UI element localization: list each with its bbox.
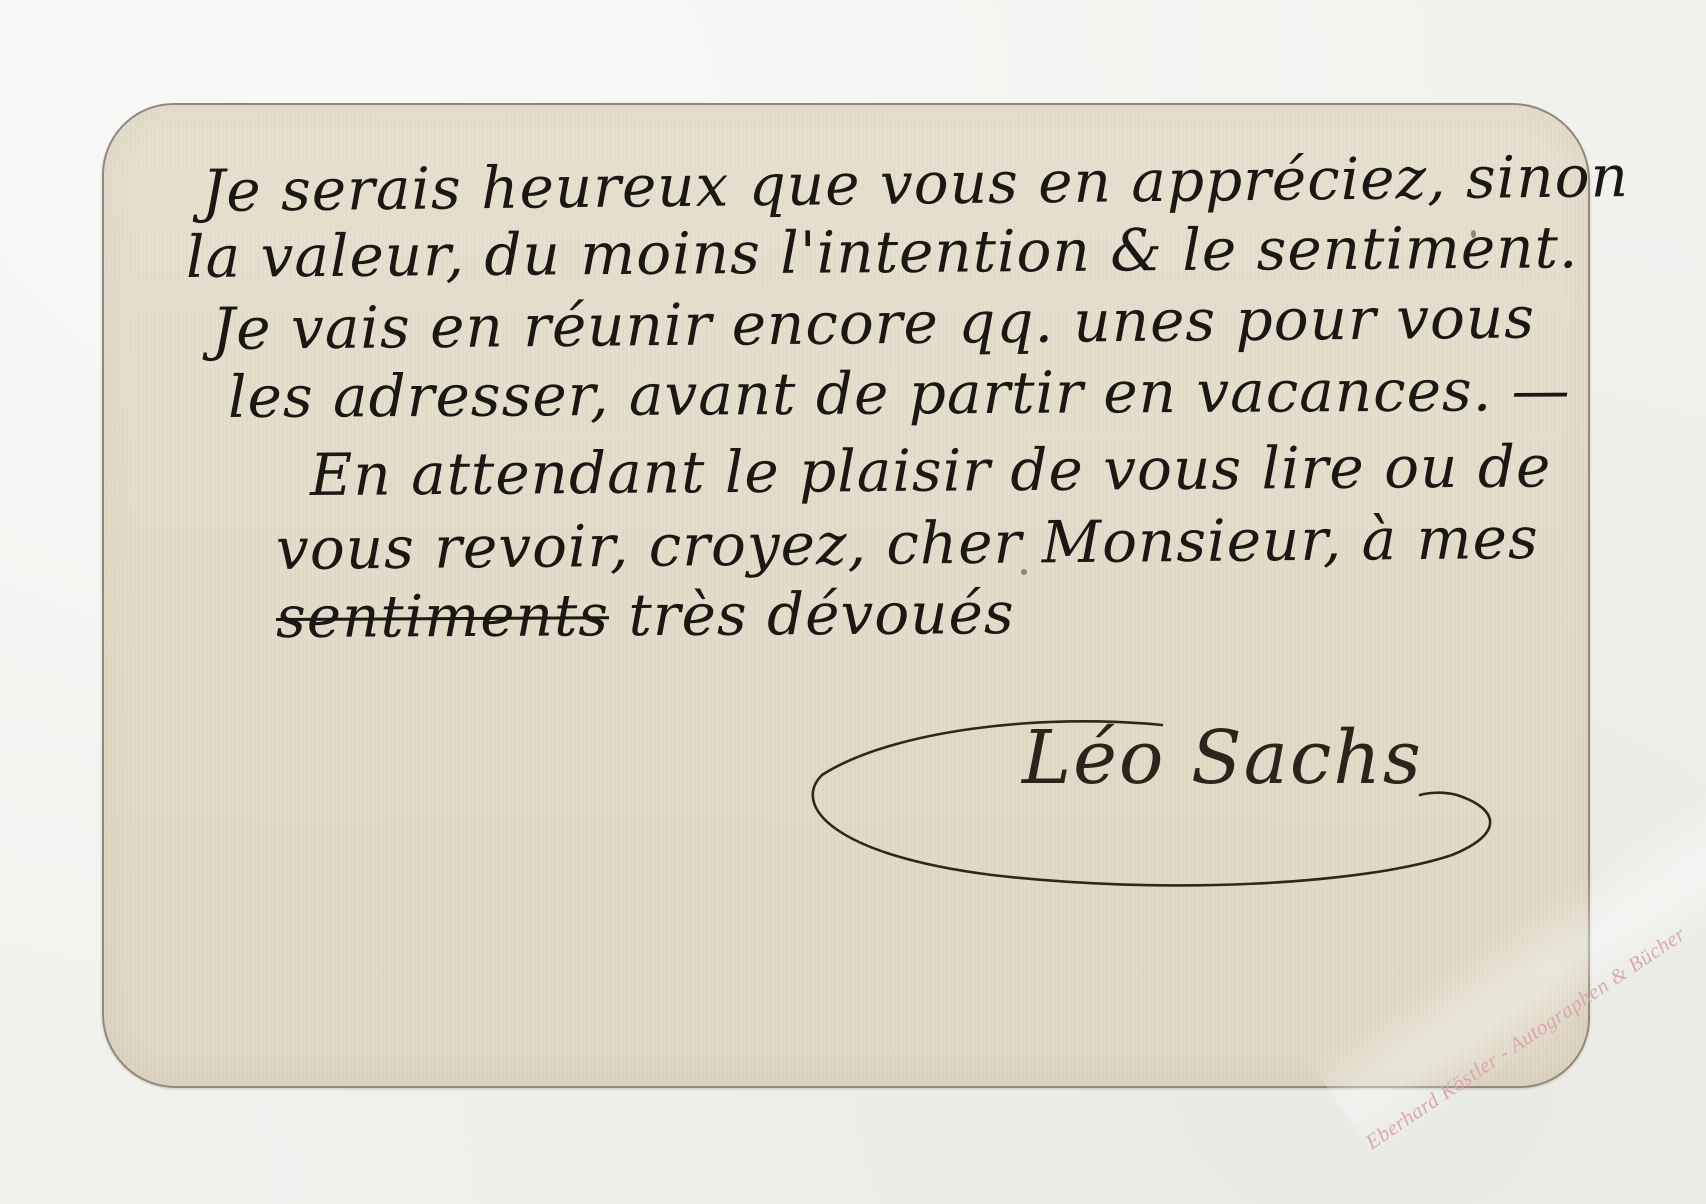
closing-words: très dévoués bbox=[609, 579, 1015, 649]
handwritten-card: Je serais heureux que vous en appréciez,… bbox=[102, 103, 1590, 1088]
struck-word: sentiments bbox=[276, 581, 609, 651]
letter-line-4: les adresser, avant de partir en vacance… bbox=[228, 356, 1571, 431]
ink-speck bbox=[1471, 230, 1476, 238]
ink-speck bbox=[1021, 569, 1027, 575]
letter-line-7: sentiments très dévoués bbox=[276, 579, 1015, 651]
letter-line-3: Je vais en réunir encore qq. unes pour v… bbox=[212, 283, 1536, 363]
letter-line-6: vous revoir, croyez, cher Monsieur, à me… bbox=[276, 504, 1539, 583]
signature: Léo Sachs bbox=[1022, 715, 1423, 801]
letter-line-5: En attendant le plaisir de vous lire ou … bbox=[310, 432, 1552, 509]
signature-block: Léo Sachs bbox=[802, 685, 1492, 895]
letter-line-1: Je serais heureux que vous en appréciez,… bbox=[202, 142, 1630, 225]
letter-line-2: la valeur, du moins l'intention & le sen… bbox=[186, 213, 1579, 291]
